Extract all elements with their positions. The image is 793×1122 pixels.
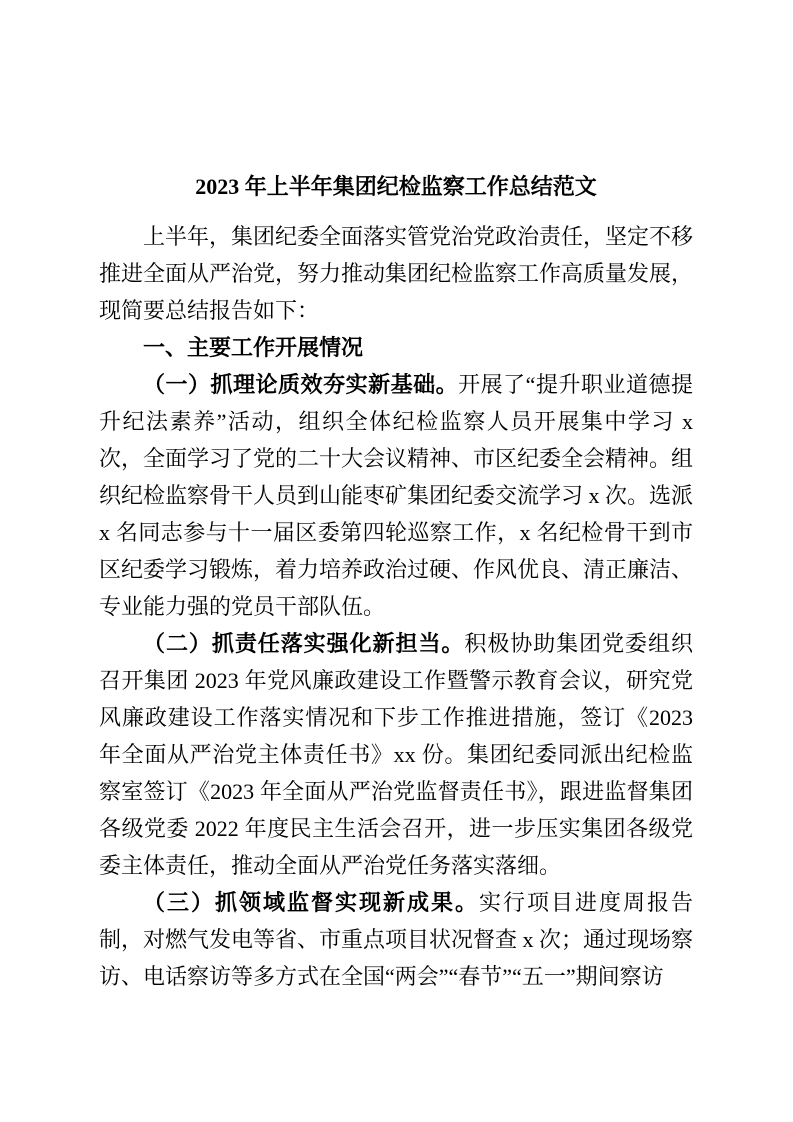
item-2-lead: （二）抓责任落实强化新担当。: [143, 631, 464, 656]
document-title: 2023 年上半年集团纪检监察工作总结范文: [99, 168, 693, 206]
intro-paragraph: 上半年，集团纪委全面落实管党治党政治责任，坚定不移推进全面从严治党，努力推动集团…: [99, 218, 693, 329]
item-paragraph-1: （一）抓理论质效夯实新基础。开展了“提升职业道德提升纪法素养”活动，组织全体纪检…: [99, 366, 693, 625]
item-1-lead: （一）抓理论质效夯实新基础。: [143, 372, 458, 397]
section-heading: 一、主要工作开展情况: [99, 329, 693, 366]
item-1-text: 开展了“提升职业道德提升纪法素养”活动，组织全体纪检监察人员开展集中学习 x 次…: [99, 372, 693, 619]
item-paragraph-2: （二）抓责任落实强化新担当。积极协助集团党委组织召开集团 2023 年党风廉政建…: [99, 625, 693, 884]
item-paragraph-3: （三）抓领域监督实现新成果。实行项目进度周报告制，对燃气发电等省、市重点项目状况…: [99, 884, 693, 995]
item-2-text: 积极协助集团党委组织召开集团 2023 年党风廉政建设工作暨警示教育会议，研究党…: [99, 631, 693, 878]
item-3-lead: （三）抓领域监督实现新成果。: [143, 890, 479, 915]
document-page: 2023 年上半年集团纪检监察工作总结范文 上半年，集团纪委全面落实管党治党政治…: [0, 0, 793, 1122]
